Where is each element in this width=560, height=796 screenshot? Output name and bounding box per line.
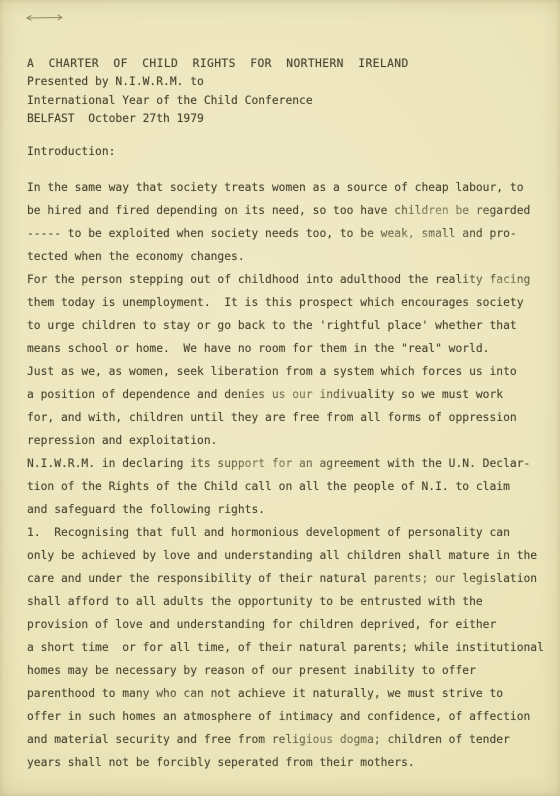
body-line: shall afford to all adults the opportuni… (27, 590, 544, 613)
document-body: In the same way that society treats wome… (27, 176, 544, 774)
document-header: A CHARTER OF CHILD RIGHTS FOR NORTHERN I… (27, 55, 409, 128)
body-line: tion of the Rights of the Child call on … (27, 475, 544, 498)
body-line: them today is unemployment. It is this p… (27, 291, 544, 314)
introduction-heading: Introduction: (27, 145, 115, 158)
body-line: provision of love and understanding for … (27, 613, 544, 636)
body-line: and safeguard the following rights. (27, 498, 544, 521)
body-line: 1. Recognising that full and hormonious … (27, 521, 544, 544)
body-line: a short time or for all time, of their n… (27, 636, 544, 659)
place-date-line: BELFAST October 27th 1979 (27, 110, 409, 128)
body-line: offer in such homes an atmosphere of int… (27, 705, 544, 728)
body-line: a position of dependence and denies us o… (27, 383, 544, 406)
body-line: Just as we, as women, seek liberation fr… (27, 360, 544, 383)
body-line: care and under the responsibility of the… (27, 567, 544, 590)
body-line: years shall not be forcibly seperated fr… (27, 751, 544, 774)
document-title: A CHARTER OF CHILD RIGHTS FOR NORTHERN I… (27, 55, 409, 73)
conference-line: International Year of the Child Conferen… (27, 92, 409, 110)
body-line: for, and with, children until they are f… (27, 406, 544, 429)
body-line: be hired and fired depending on its need… (27, 199, 544, 222)
body-line: In the same way that society treats wome… (27, 176, 544, 199)
body-line: N.I.W.R.M. in declaring its support for … (27, 452, 544, 475)
body-line: means school or home. We have no room fo… (27, 337, 544, 360)
body-line: and material security and free from reli… (27, 728, 544, 751)
body-line: tected when the economy changes. (27, 245, 544, 268)
body-line: parenthood to many who can not achieve i… (27, 682, 544, 705)
body-line: For the person stepping out of childhood… (27, 268, 544, 291)
body-line: only be achieved by love and understandi… (27, 544, 544, 567)
body-line: repression and exploitation. (27, 429, 544, 452)
body-line: to urge children to stay or go back to t… (27, 314, 544, 337)
body-line: homes may be necessary by reason of our … (27, 659, 544, 682)
pen-arrow-mark (24, 11, 66, 25)
body-line: ----- to be exploited when society needs… (27, 222, 544, 245)
scanned-document-page: A CHARTER OF CHILD RIGHTS FOR NORTHERN I… (0, 0, 560, 796)
presented-by-line: Presented by N.I.W.R.M. to (27, 73, 409, 91)
